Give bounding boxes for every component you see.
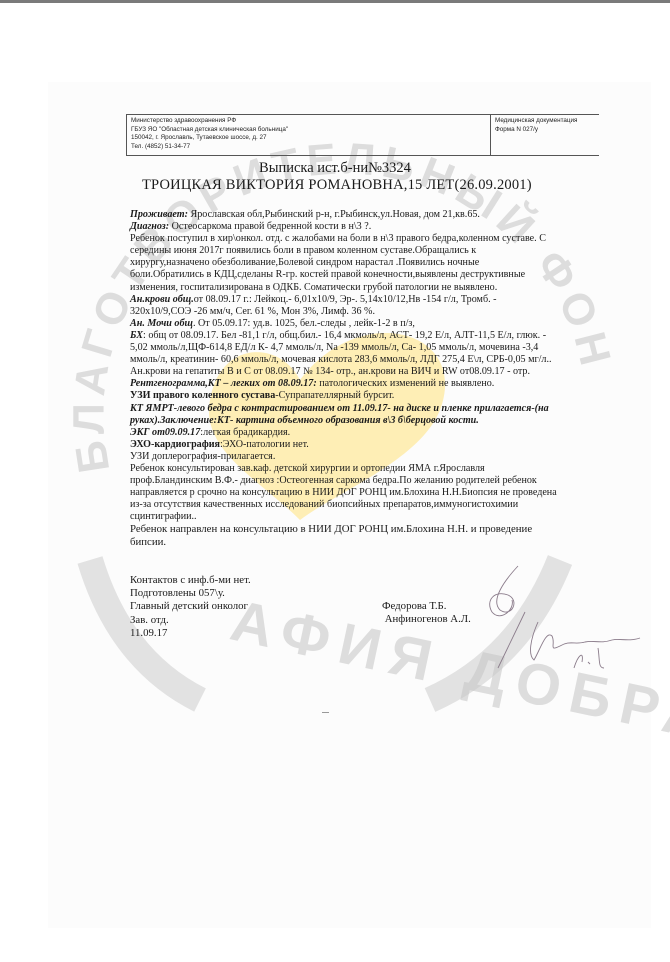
form-info: Медицинская документация Форма N 027/у (495, 117, 605, 134)
document-title: Выписка ист.б-ни№3324 (0, 160, 670, 177)
body-line: ЭКГ от09.09.17:легкая брадикардия. (130, 427, 600, 439)
contacts-note: Контактов с инф.б-ми нет. (130, 574, 251, 587)
hospital-phone: Тел. (4852) 51-34-77 (131, 143, 491, 152)
body-line: руках).Заключение:КТ- картина объемного … (130, 415, 600, 427)
prepared-forms: Подготовлены 057\у. (130, 587, 251, 600)
body-line: Ребенок консультирован зав.каф. детской … (130, 463, 600, 475)
body-line: направляется р срочно на консультацию в … (130, 487, 600, 499)
body-line: КТ ЯМРТ-левого бедра с контрастированием… (130, 403, 600, 415)
body-line: бипсии. (130, 536, 600, 549)
body-line: УЗИ доплерография-прилагается. (130, 451, 600, 463)
body-line: БХ: общ от 08.09.17. Бел -81,1 г/л, общ.… (130, 330, 600, 342)
body-line: Ан.крови на гепатиты В и С от 08.09.17 №… (130, 366, 600, 378)
body-line: хирургу,назначено обезболивание,Болевой … (130, 257, 600, 269)
form-number: Форма N 027/у (495, 126, 605, 135)
document-date: 11.09.17 (130, 627, 251, 640)
header-table: Министерство здравоохранения РФ ГБУЗ ЯО … (126, 114, 599, 156)
signatory-1: Федорова Т.Б. (382, 600, 471, 613)
signatory-names: Федорова Т.Б. Анфиногенов А.Л. (382, 600, 471, 626)
body-line: 5,02 ммоль/л,ЩФ-614,8 ЕД/л К- 4,7 ммоль/… (130, 342, 600, 354)
page-mark (322, 712, 329, 713)
body-line: ЭХО-кардиография:ЭХО-патологии нет. (130, 439, 600, 451)
body-line: Ребенок поступил в хир\онкол. отд. с жал… (130, 233, 600, 245)
ministry-line: Министерство здравоохранения РФ (131, 117, 491, 126)
hospital-name: ГБУЗ ЯО "Областная детская клиническая б… (131, 126, 491, 135)
body-line: изменения, госпитализирована в ОДКБ. Сом… (130, 282, 600, 294)
discharge-body: Проживает: Ярославская обл,Рыбинский р-н… (130, 209, 600, 549)
document-content: Министерство здравоохранения РФ ГБУЗ ЯО … (0, 0, 670, 962)
patient-name: ТРОИЦКАЯ ВИКТОРИЯ РОМАНОВНА,15 ЛЕТ(26.09… (142, 177, 532, 194)
body-line: УЗИ правого коленного сустава-Супрапател… (130, 390, 600, 402)
institution-info: Министерство здравоохранения РФ ГБУЗ ЯО … (131, 117, 491, 151)
hospital-address: 150042, г. Ярославль, Тутаевское шоссе, … (131, 134, 491, 143)
body-line: Диагноз: Остеосаркома правой бедренной к… (130, 221, 600, 233)
body-line: ммоль/л, креатинин- 60,6 ммоль/л, мочева… (130, 354, 600, 366)
body-line: проф.Бландинским В.Ф.- диагноз :Остеоген… (130, 475, 600, 487)
body-line: Ан. Мочи общ. От 05.09.17: уд.в. 1025, б… (130, 318, 600, 330)
body-line: сцинтиграфии.. (130, 511, 600, 523)
head-of-dept-label: Зав. отд. (130, 614, 251, 627)
body-line: Рентгенограмма,КТ – легких от 08.09.17: … (130, 378, 600, 390)
body-line: боли.Обратились в КДЦ,сделаны R-гр. кост… (130, 269, 600, 281)
doc-type: Медицинская документация (495, 117, 605, 126)
body-line: середины июня 2017г появились боли в пра… (130, 245, 600, 257)
body-line: Ан.крови общ.от 08.09.17 г.: Лейкоц.- 6,… (130, 294, 600, 306)
body-line: 320х10/9,СОЭ -26 мм/ч, Сег. 61 %, Мон 3%… (130, 306, 600, 318)
header-divider (490, 115, 491, 155)
body-line: из-за отсутствия качественных исследован… (130, 499, 600, 511)
body-line: Ребенок направлен на консультацию в НИИ … (130, 523, 600, 536)
footer-block: Контактов с инф.б-ми нет. Подготовлены 0… (130, 574, 251, 640)
chief-oncologist-label: Главный детский онколог (130, 600, 251, 613)
body-line: Проживает: Ярославская обл,Рыбинский р-н… (130, 209, 600, 221)
signatory-2: Анфиногенов А.Л. (382, 613, 471, 626)
